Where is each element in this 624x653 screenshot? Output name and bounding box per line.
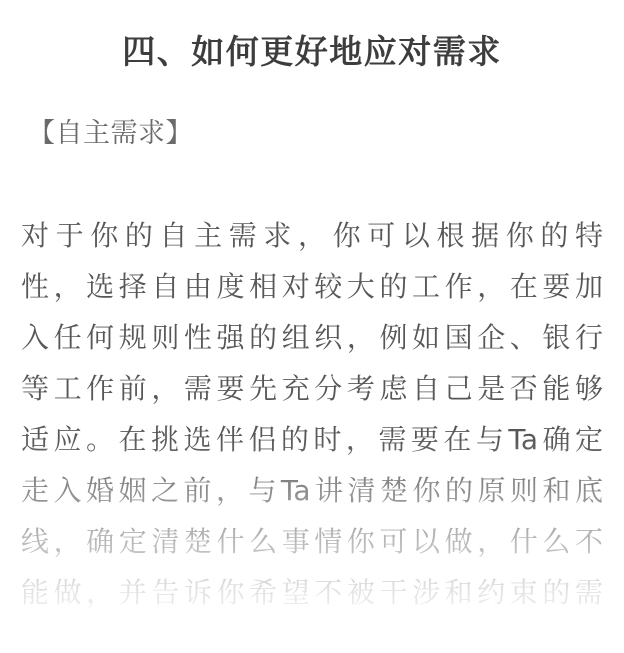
paragraph-line: 适应。在挑选伴侣的时，需要在与Ta确定 bbox=[21, 414, 603, 465]
paragraph-line: 入任何规则性强的组织，例如国企、银行 bbox=[21, 312, 603, 363]
paragraph-line: 对于你的自主需求，你可以根据你的特 bbox=[21, 210, 603, 261]
article-page: 四、如何更好地应对需求 【自主需求】 对于你的自主需求，你可以根据你的特性，选择… bbox=[0, 0, 624, 653]
paragraph-line: 性，选择自由度相对较大的工作，在要加 bbox=[21, 261, 603, 312]
article-title: 四、如何更好地应对需求 bbox=[0, 31, 624, 73]
article-paragraph: 对于你的自主需求，你可以根据你的特性，选择自由度相对较大的工作，在要加入任何规则… bbox=[21, 210, 603, 618]
paragraph-line: 等工作前，需要先充分考虑自己是否能够 bbox=[21, 363, 603, 414]
paragraph-line: 能做，并告诉你希望不被干涉和约束的需 bbox=[21, 567, 603, 618]
paragraph-line: 线，确定清楚什么事情你可以做，什么不 bbox=[21, 516, 603, 567]
section-label: 【自主需求】 bbox=[28, 114, 193, 154]
paragraph-line: 走入婚姻之前，与Ta讲清楚你的原则和底 bbox=[21, 465, 603, 516]
